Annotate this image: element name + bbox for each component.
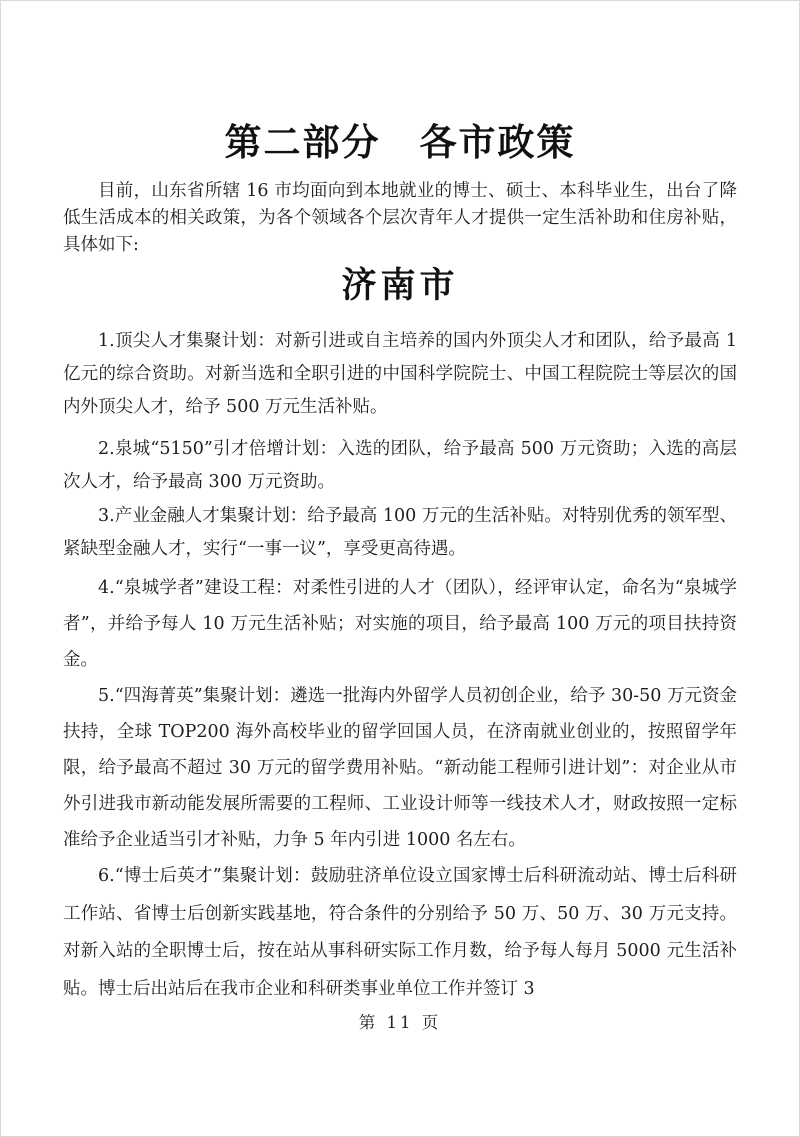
page-content: 第二部分 各市政策 目前，山东省所辖 16 市均面向到本地就业的博士、硕士、本科… xyxy=(1,121,799,1036)
policy-item-5: 5.“四海菁英”集聚计划：遴选一批海内外留学人员初创企业，给予 30-50 万元… xyxy=(63,678,737,858)
page-number: 第 11 页 xyxy=(63,1010,737,1036)
policy-item-3: 3.产业金融人才集聚计划：给予最高 100 万元的生活补贴。对特别优秀的领军型、… xyxy=(63,500,737,566)
policy-item-2: 2.泉城“5150”引才倍增计划：入选的团队，给予最高 500 万元资助；入选的… xyxy=(63,433,737,499)
city-heading-jinan: 济南市 xyxy=(63,263,737,309)
policy-item-6: 6.“博士后英才”集聚计划：鼓励驻济单位设立国家博士后科研流动站、博士后科研工作… xyxy=(63,858,737,1008)
policy-item-1: 1.顶尖人才集聚计划：对新引进或自主培养的国内外顶尖人才和团队，给予最高 1 亿… xyxy=(63,325,737,424)
section-title: 第二部分 各市政策 xyxy=(63,121,737,165)
policy-item-4: 4.“泉城学者”建设工程：对柔性引进的人才（团队），经评审认定，命名为“泉城学者… xyxy=(63,570,737,678)
intro-paragraph: 目前，山东省所辖 16 市均面向到本地就业的博士、硕士、本科毕业生，出台了降低生… xyxy=(63,178,737,259)
document-page: 第二部分 各市政策 目前，山东省所辖 16 市均面向到本地就业的博士、硕士、本科… xyxy=(0,0,800,1137)
